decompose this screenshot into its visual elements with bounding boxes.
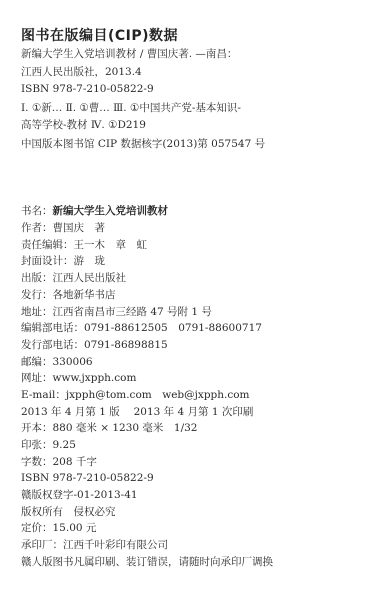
colophon-line: 字数：208 千字 [21, 455, 97, 469]
colophon-line: 版权所有 侵权必究 [21, 505, 116, 519]
cip-line: Ⅰ. ①新… Ⅱ. ①曹… Ⅲ. ①中国共产党-基本知识- [21, 101, 241, 115]
book-title: 新编大学生入党培训教材 [53, 205, 169, 217]
colophon-line: 编辑部电话：0791-88612505 0791-88600717 [21, 321, 262, 335]
colophon-line: 定价：15.00 元 [21, 521, 96, 535]
cip-line: 新编大学生入党培训教材 / 曹国庆著. —南昌： [21, 47, 237, 61]
colophon-line: 发行：各地新华书店 [21, 288, 116, 302]
colophon-line: 出版：江西人民出版社 [21, 271, 126, 285]
colophon-line: 责任编辑：王一木 章 虹 [21, 238, 147, 252]
colophon-line: 开本：880 毫米 × 1230 毫米 1/32 [21, 421, 198, 435]
cip-title: 图书在版编目(CIP)数据 [21, 25, 178, 45]
colophon-line: 网址：www.jxpph.com [21, 371, 136, 385]
colophon-line: ISBN 978-7-210-05822-9 [21, 471, 154, 485]
colophon-line: 地址：江西省南昌市三经路 47 号附 1 号 [21, 305, 212, 319]
book-title-label: 书名： [21, 205, 53, 217]
colophon-line: 2013 年 4 月第 1 版 2013 年 4 月第 1 次印刷 [21, 405, 253, 419]
book-title-line: 书名：新编大学生入党培训教材 [21, 204, 168, 218]
colophon-line: 发行部电话：0791-86898815 [21, 338, 168, 352]
colophon-line: 赣人版图书凡属印刷、装订错误，请随时向承印厂调换 [21, 555, 273, 569]
cip-note: 中国版本图书馆 CIP 数据核字(2013)第 057547 号 [21, 137, 265, 151]
cip-line: 高等学校-教材 Ⅳ. ①D219 [21, 118, 146, 132]
colophon-line: E-mail：jxpph@tom.com web@jxpph.com [21, 388, 250, 402]
colophon-line: 邮编：330006 [21, 355, 93, 369]
colophon-line: 赣版权登字-01-2013-41 [21, 488, 138, 502]
cip-line: ISBN 978-7-210-05822-9 [21, 82, 154, 96]
colophon-line: 封面设计：游 珑 [21, 254, 105, 268]
colophon-line: 印张：9.25 [21, 438, 76, 452]
colophon-line: 承印厂：江西千叶彩印有限公司 [21, 538, 168, 552]
cip-line: 江西人民出版社，2013.4 [21, 65, 142, 79]
colophon-line: 作者：曹国庆 著 [21, 221, 105, 235]
